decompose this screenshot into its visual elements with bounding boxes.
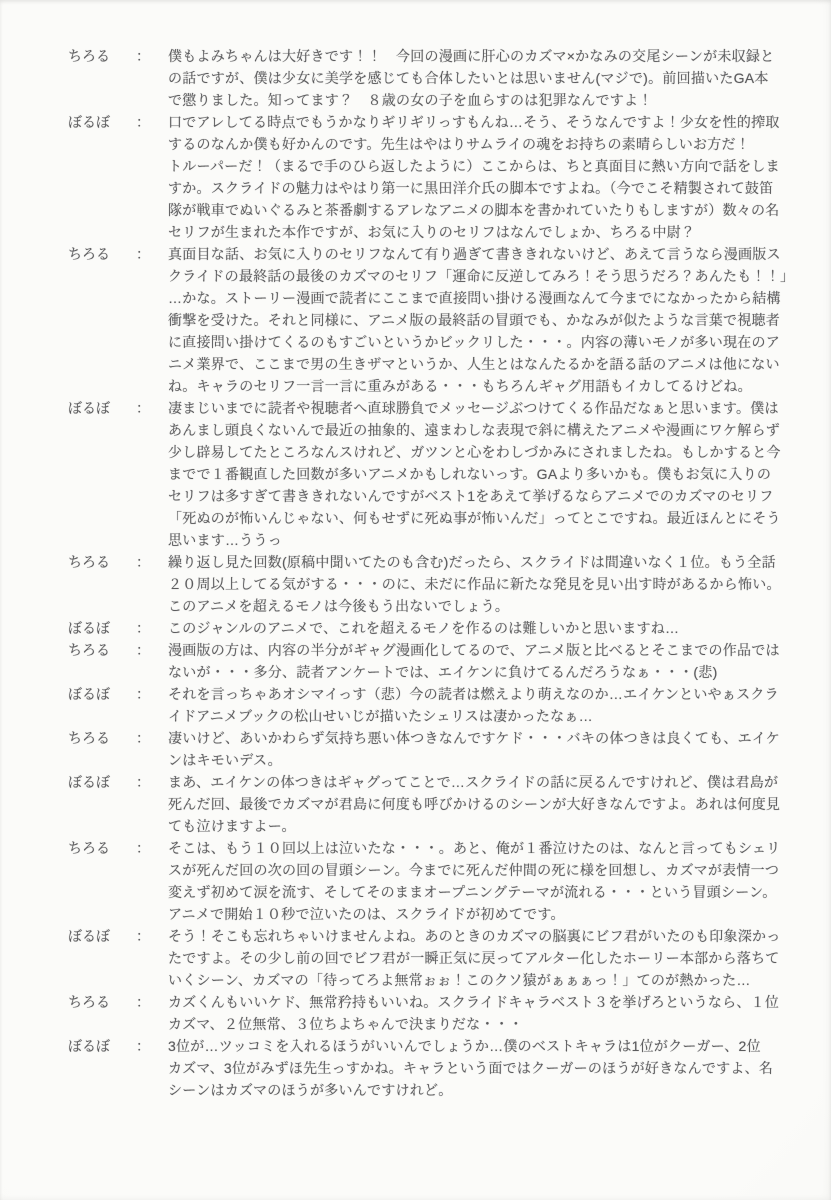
speaker-colon: ： xyxy=(136,639,150,661)
dialogue-text: そこは、もう１０回以上は泣いたな・・・。あと、俺が１番泣けたのは、なんと言っても… xyxy=(168,837,808,925)
dialogue-line: あんまし頭良くないんで最近の抽象的、遠まわしな表現で斜に構えたアニメや漫画にワケ… xyxy=(168,419,808,441)
dialogue-line: まあ、エイケンの体つきはギャグってことで…スクライドの話に戻るんですけれど、僕は… xyxy=(168,771,808,793)
dialogue-line: それを言っちゃあオシマイっす（悲）今の読者は燃えより萌えなのか…エイケンといやぁ… xyxy=(168,683,808,705)
dialogue-line: イドアニメブックの松山せいじが描いたシェリスは凄かったなぁ… xyxy=(168,705,808,727)
dialogue-text: 口でアレしてる時点でもうかなりギリギリっすもんね…そう、そうなんですよ！少女を性… xyxy=(168,111,808,243)
dialogue-paragraph: ぼるぼ： そう！そこも忘れちゃいけませんよね。あのときのカズマの脳裏にビフ君がい… xyxy=(68,925,808,991)
dialogue-line: 漫画版の方は、内容の半分がギャグ漫画化してるので、アニメ版と比べるとそこまでの作… xyxy=(168,639,808,661)
dialogue-line: カズマ、２位無常、３位ちよちゃんで決まりだな・・・ xyxy=(168,1013,808,1035)
dialogue-text: 繰り返し見た回数(原稿中聞いてたのも含む)だったら、スクライドは間違いなく１位。… xyxy=(168,551,808,617)
dialogue-text: 真面目な話、お気に入りのセリフなんて有り過ぎて書ききれないけど、あえて言うなら漫… xyxy=(168,243,808,397)
dialogue-line: たですよ。その少し前の回でビフ君が一瞬正気に戻ってアルター化したホーリー本部から… xyxy=(168,947,808,969)
speaker-colon: ： xyxy=(136,551,150,573)
speaker-label: ぼるぼ xyxy=(68,683,134,705)
dialogue-paragraph: ぼるぼ： 3位が…ツッコミを入れるほうがいいんでしょうか…僕のベストキャラは1位… xyxy=(68,1035,808,1101)
dialogue-text: 凄まじいまでに読者や視聴者へ直球勝負でメッセージぶつけてくる作品だなぁと思います… xyxy=(168,397,808,551)
dialogue-line: いくシーン、カズマの「待ってろよ無常ぉぉ！このクソ猿がぁぁぁっ！」てのが熱かった… xyxy=(168,969,808,991)
speaker-colon: ： xyxy=(136,991,150,1013)
dialogue-paragraph: ぼるぼ： 凄まじいまでに読者や視聴者へ直球勝負でメッセージぶつけてくる作品だなぁ… xyxy=(68,397,808,551)
dialogue-text: このジャンルのアニメで、これを超えるモノを作るのは難しいかと思いますね… xyxy=(168,617,808,639)
speaker-label: ちろる xyxy=(68,727,134,749)
speaker-label: ぼるぼ xyxy=(68,617,134,639)
speaker-column: ちろる： xyxy=(68,837,168,859)
speaker-column: ぼるぼ： xyxy=(68,925,168,947)
speaker-label: ぼるぼ xyxy=(68,111,134,133)
dialogue-transcript: ちろる： 僕もよみちゃんは大好きです！！ 今回の漫画に肝心のカズマ×かなみの交尾… xyxy=(68,45,808,1101)
dialogue-line: 繰り返し見た回数(原稿中聞いてたのも含む)だったら、スクライドは間違いなく１位。… xyxy=(168,551,808,573)
dialogue-text: 僕もよみちゃんは大好きです！！ 今回の漫画に肝心のカズマ×かなみの交尾シーンが未… xyxy=(168,45,808,111)
dialogue-line: トルーパーだ！（まるで手のひら返したように）ここからは、ちと真面目に熱い方向で話… xyxy=(168,155,808,177)
speaker-colon: ： xyxy=(136,925,150,947)
dialogue-line: シーンはカズマのほうが多いんですけれど。 xyxy=(168,1079,808,1101)
dialogue-line: 変えず初めて涙を流す、そしてそのままオープニングテーマが流れる・・・という冒頭シ… xyxy=(168,881,808,903)
speaker-column: ちろる： xyxy=(68,551,168,573)
dialogue-line: で懲りました。知ってます？ ８歳の女の子を血らすのは犯罪なんですよ！ xyxy=(168,89,808,111)
dialogue-text: 漫画版の方は、内容の半分がギャグ漫画化してるので、アニメ版と比べるとそこまでの作… xyxy=(168,639,808,683)
speaker-label: ちろる xyxy=(68,243,134,265)
dialogue-line: ２０周以上してる気がする・・・のに、未だに作品に新たな発見を見い出す時があるから… xyxy=(168,573,808,595)
speaker-colon: ： xyxy=(136,837,150,859)
dialogue-line: 衝撃を受けた。それと同様に、アニメ版の最終話の冒頭でも、かなみが似たような言葉で… xyxy=(168,309,808,331)
dialogue-text: まあ、エイケンの体つきはギャグってことで…スクライドの話に戻るんですけれど、僕は… xyxy=(168,771,808,837)
speaker-colon: ： xyxy=(136,397,150,419)
dialogue-paragraph: ぼるぼ： このジャンルのアニメで、これを超えるモノを作るのは難しいかと思いますね… xyxy=(68,617,808,639)
speaker-colon: ： xyxy=(136,243,150,265)
dialogue-line: 隊が戦車でぬいぐるみと茶番劇するアレなアニメの脚本を書かれていたりもしますが）数… xyxy=(168,199,808,221)
dialogue-text: それを言っちゃあオシマイっす（悲）今の読者は燃えより萌えなのか…エイケンといやぁ… xyxy=(168,683,808,727)
dialogue-line: そこは、もう１０回以上は泣いたな・・・。あと、俺が１番泣けたのは、なんと言っても… xyxy=(168,837,808,859)
speaker-label: ぼるぼ xyxy=(68,771,134,793)
speaker-colon: ： xyxy=(136,1035,150,1057)
dialogue-line: ニメ業界で、ここまで男の生きザマというか、人生とはなんたるかを語る話のアニメは他… xyxy=(168,353,808,375)
speaker-label: ちろる xyxy=(68,551,134,573)
speaker-column: ぼるぼ： xyxy=(68,1035,168,1057)
dialogue-line: カズマ、3位がみずほ先生っすかね。キャラという面ではクーガーのほうが好きなんです… xyxy=(168,1057,808,1079)
speaker-column: ちろる： xyxy=(68,243,168,265)
dialogue-text: そう！そこも忘れちゃいけませんよね。あのときのカズマの脳裏にビフ君がいたのも印象… xyxy=(168,925,808,991)
dialogue-line: 3位が…ツッコミを入れるほうがいいんでしょうか…僕のベストキャラは1位がクーガー… xyxy=(168,1035,808,1057)
dialogue-line: セリフは多すぎて書ききれないんですがベスト1をあえて挙げるならアニメでのカズマの… xyxy=(168,485,808,507)
speaker-colon: ： xyxy=(136,771,150,793)
speaker-column: ぼるぼ： xyxy=(68,771,168,793)
speaker-column: ぼるぼ： xyxy=(68,617,168,639)
dialogue-line: 凄いけど、あいかわらず気持ち悪い体つきなんですケド・・・バキの体つきは良くても、… xyxy=(168,727,808,749)
dialogue-line: このジャンルのアニメで、これを超えるモノを作るのは難しいかと思いますね… xyxy=(168,617,808,639)
dialogue-paragraph: ちろる： カズくんもいいケド、無常矜持もいいね。スクライドキャラベスト３を挙げろ… xyxy=(68,991,808,1035)
scanned-page: ちろる： 僕もよみちゃんは大好きです！！ 今回の漫画に肝心のカズマ×かなみの交尾… xyxy=(0,0,831,1200)
speaker-column: ぼるぼ： xyxy=(68,683,168,705)
speaker-colon: ： xyxy=(136,727,150,749)
speaker-colon: ： xyxy=(136,683,150,705)
dialogue-line: 思います…ううっ xyxy=(168,529,808,551)
dialogue-line: セリフが生まれた本作ですが、お気に入りのセリフはなんでしょか、ちろる中尉？ xyxy=(168,221,808,243)
dialogue-line: すか。スクライドの魅力はやはり第一に黒田洋介氏の脚本ですよね。（今でこそ精製され… xyxy=(168,177,808,199)
dialogue-line: ね。キャラのセリフ一言一言に重みがある・・・もちろんギャグ用語もイカしてるけどね… xyxy=(168,375,808,397)
dialogue-paragraph: ぼるぼ： それを言っちゃあオシマイっす（悲）今の読者は燃えより萌えなのか…エイケ… xyxy=(68,683,808,727)
dialogue-paragraph: ちろる： 僕もよみちゃんは大好きです！！ 今回の漫画に肝心のカズマ×かなみの交尾… xyxy=(68,45,808,111)
speaker-label: ぼるぼ xyxy=(68,397,134,419)
dialogue-line: そう！そこも忘れちゃいけませんよね。あのときのカズマの脳裏にビフ君がいたのも印象… xyxy=(168,925,808,947)
dialogue-line: 僕もよみちゃんは大好きです！！ 今回の漫画に肝心のカズマ×かなみの交尾シーンが未… xyxy=(168,45,808,67)
dialogue-line: の話ですが、僕は少女に美学を感じても合体したいとは思いません(マジで)。前回描い… xyxy=(168,67,808,89)
dialogue-line: クライドの最終話の最後のカズマのセリフ「運命に反逆してみろ！そう思うだろ？あんた… xyxy=(168,265,808,287)
dialogue-text: カズくんもいいケド、無常矜持もいいね。スクライドキャラベスト３を挙げろというなら… xyxy=(168,991,808,1035)
dialogue-line: 凄まじいまでに読者や視聴者へ直球勝負でメッセージぶつけてくる作品だなぁと思います… xyxy=(168,397,808,419)
dialogue-line: ンはキモいデス。 xyxy=(168,749,808,771)
dialogue-paragraph: ぼるぼ： 口でアレしてる時点でもうかなりギリギリっすもんね…そう、そうなんですよ… xyxy=(68,111,808,243)
speaker-colon: ： xyxy=(136,617,150,639)
dialogue-line: アニメで開始１０秒で泣いたのは、スクライドが初めてです。 xyxy=(168,903,808,925)
speaker-label: ちろる xyxy=(68,991,134,1013)
dialogue-line: 真面目な話、お気に入りのセリフなんて有り過ぎて書ききれないけど、あえて言うなら漫… xyxy=(168,243,808,265)
speaker-label: ぼるぼ xyxy=(68,925,134,947)
speaker-label: ちろる xyxy=(68,639,134,661)
speaker-column: ぼるぼ： xyxy=(68,111,168,133)
dialogue-line: ても泣けますよー。 xyxy=(168,815,808,837)
speaker-column: ぼるぼ： xyxy=(68,397,168,419)
speaker-column: ちろる： xyxy=(68,45,168,67)
dialogue-line: までで１番観直した回数が多いアニメかもしれないっす。GAより多いかも。僕もお気に… xyxy=(168,463,808,485)
dialogue-paragraph: ぼるぼ： まあ、エイケンの体つきはギャグってことで…スクライドの話に戻るんですけ… xyxy=(68,771,808,837)
dialogue-line: するのなんか僕も好かんのです。先生はやはりサムライの魂をお持ちの素晴らしいお方だ… xyxy=(168,133,808,155)
dialogue-paragraph: ちろる： 漫画版の方は、内容の半分がギャグ漫画化してるので、アニメ版と比べるとそ… xyxy=(68,639,808,683)
dialogue-line: に直接問い掛けてくるのもすごいというかビックリした・・・。内容の薄いモノが多い現… xyxy=(168,331,808,353)
dialogue-paragraph: ちろる： そこは、もう１０回以上は泣いたな・・・。あと、俺が１番泣けたのは、なん… xyxy=(68,837,808,925)
dialogue-line: このアニメを超えるモノは今後もう出ないでしょう。 xyxy=(168,595,808,617)
dialogue-line: 「死ぬのが怖いんじゃない、何もせずに死ぬ事が怖いんだ」ってとこですね。最近ほんと… xyxy=(168,507,808,529)
speaker-label: ちろる xyxy=(68,45,134,67)
speaker-colon: ： xyxy=(136,111,150,133)
dialogue-paragraph: ちろる： 真面目な話、お気に入りのセリフなんて有り過ぎて書ききれないけど、あえて… xyxy=(68,243,808,397)
dialogue-paragraph: ちろる： 繰り返し見た回数(原稿中聞いてたのも含む)だったら、スクライドは間違い… xyxy=(68,551,808,617)
dialogue-line: スが死んだ回の次の回の冒頭シーン。今までに死んだ仲間の死に様を回想し、カズマが表… xyxy=(168,859,808,881)
dialogue-line: 少し辟易してたところなんスけれど、ガツンと心をわしづかみにされましたね。もしかす… xyxy=(168,441,808,463)
dialogue-paragraph: ちろる： 凄いけど、あいかわらず気持ち悪い体つきなんですケド・・・バキの体つきは… xyxy=(68,727,808,771)
speaker-label: ちろる xyxy=(68,837,134,859)
dialogue-text: 凄いけど、あいかわらず気持ち悪い体つきなんですケド・・・バキの体つきは良くても、… xyxy=(168,727,808,771)
speaker-column: ちろる： xyxy=(68,639,168,661)
dialogue-line: ないが・・・多分、読者アンケートでは、エイケンに負けてるんだろうなぁ・・・(悲) xyxy=(168,661,808,683)
speaker-colon: ： xyxy=(136,45,150,67)
dialogue-line: 死んだ回、最後でカズマが君島に何度も呼びかけるのシーンが大好きなんですよ。あれは… xyxy=(168,793,808,815)
dialogue-line: …かな。ストーリー漫画で読者にここまで直接問い掛ける漫画なんて今までになかったか… xyxy=(168,287,808,309)
speaker-column: ちろる： xyxy=(68,991,168,1013)
dialogue-line: カズくんもいいケド、無常矜持もいいね。スクライドキャラベスト３を挙げろというなら… xyxy=(168,991,808,1013)
speaker-label: ぼるぼ xyxy=(68,1035,134,1057)
dialogue-line: 口でアレしてる時点でもうかなりギリギリっすもんね…そう、そうなんですよ！少女を性… xyxy=(168,111,808,133)
speaker-column: ちろる： xyxy=(68,727,168,749)
dialogue-text: 3位が…ツッコミを入れるほうがいいんでしょうか…僕のベストキャラは1位がクーガー… xyxy=(168,1035,808,1101)
